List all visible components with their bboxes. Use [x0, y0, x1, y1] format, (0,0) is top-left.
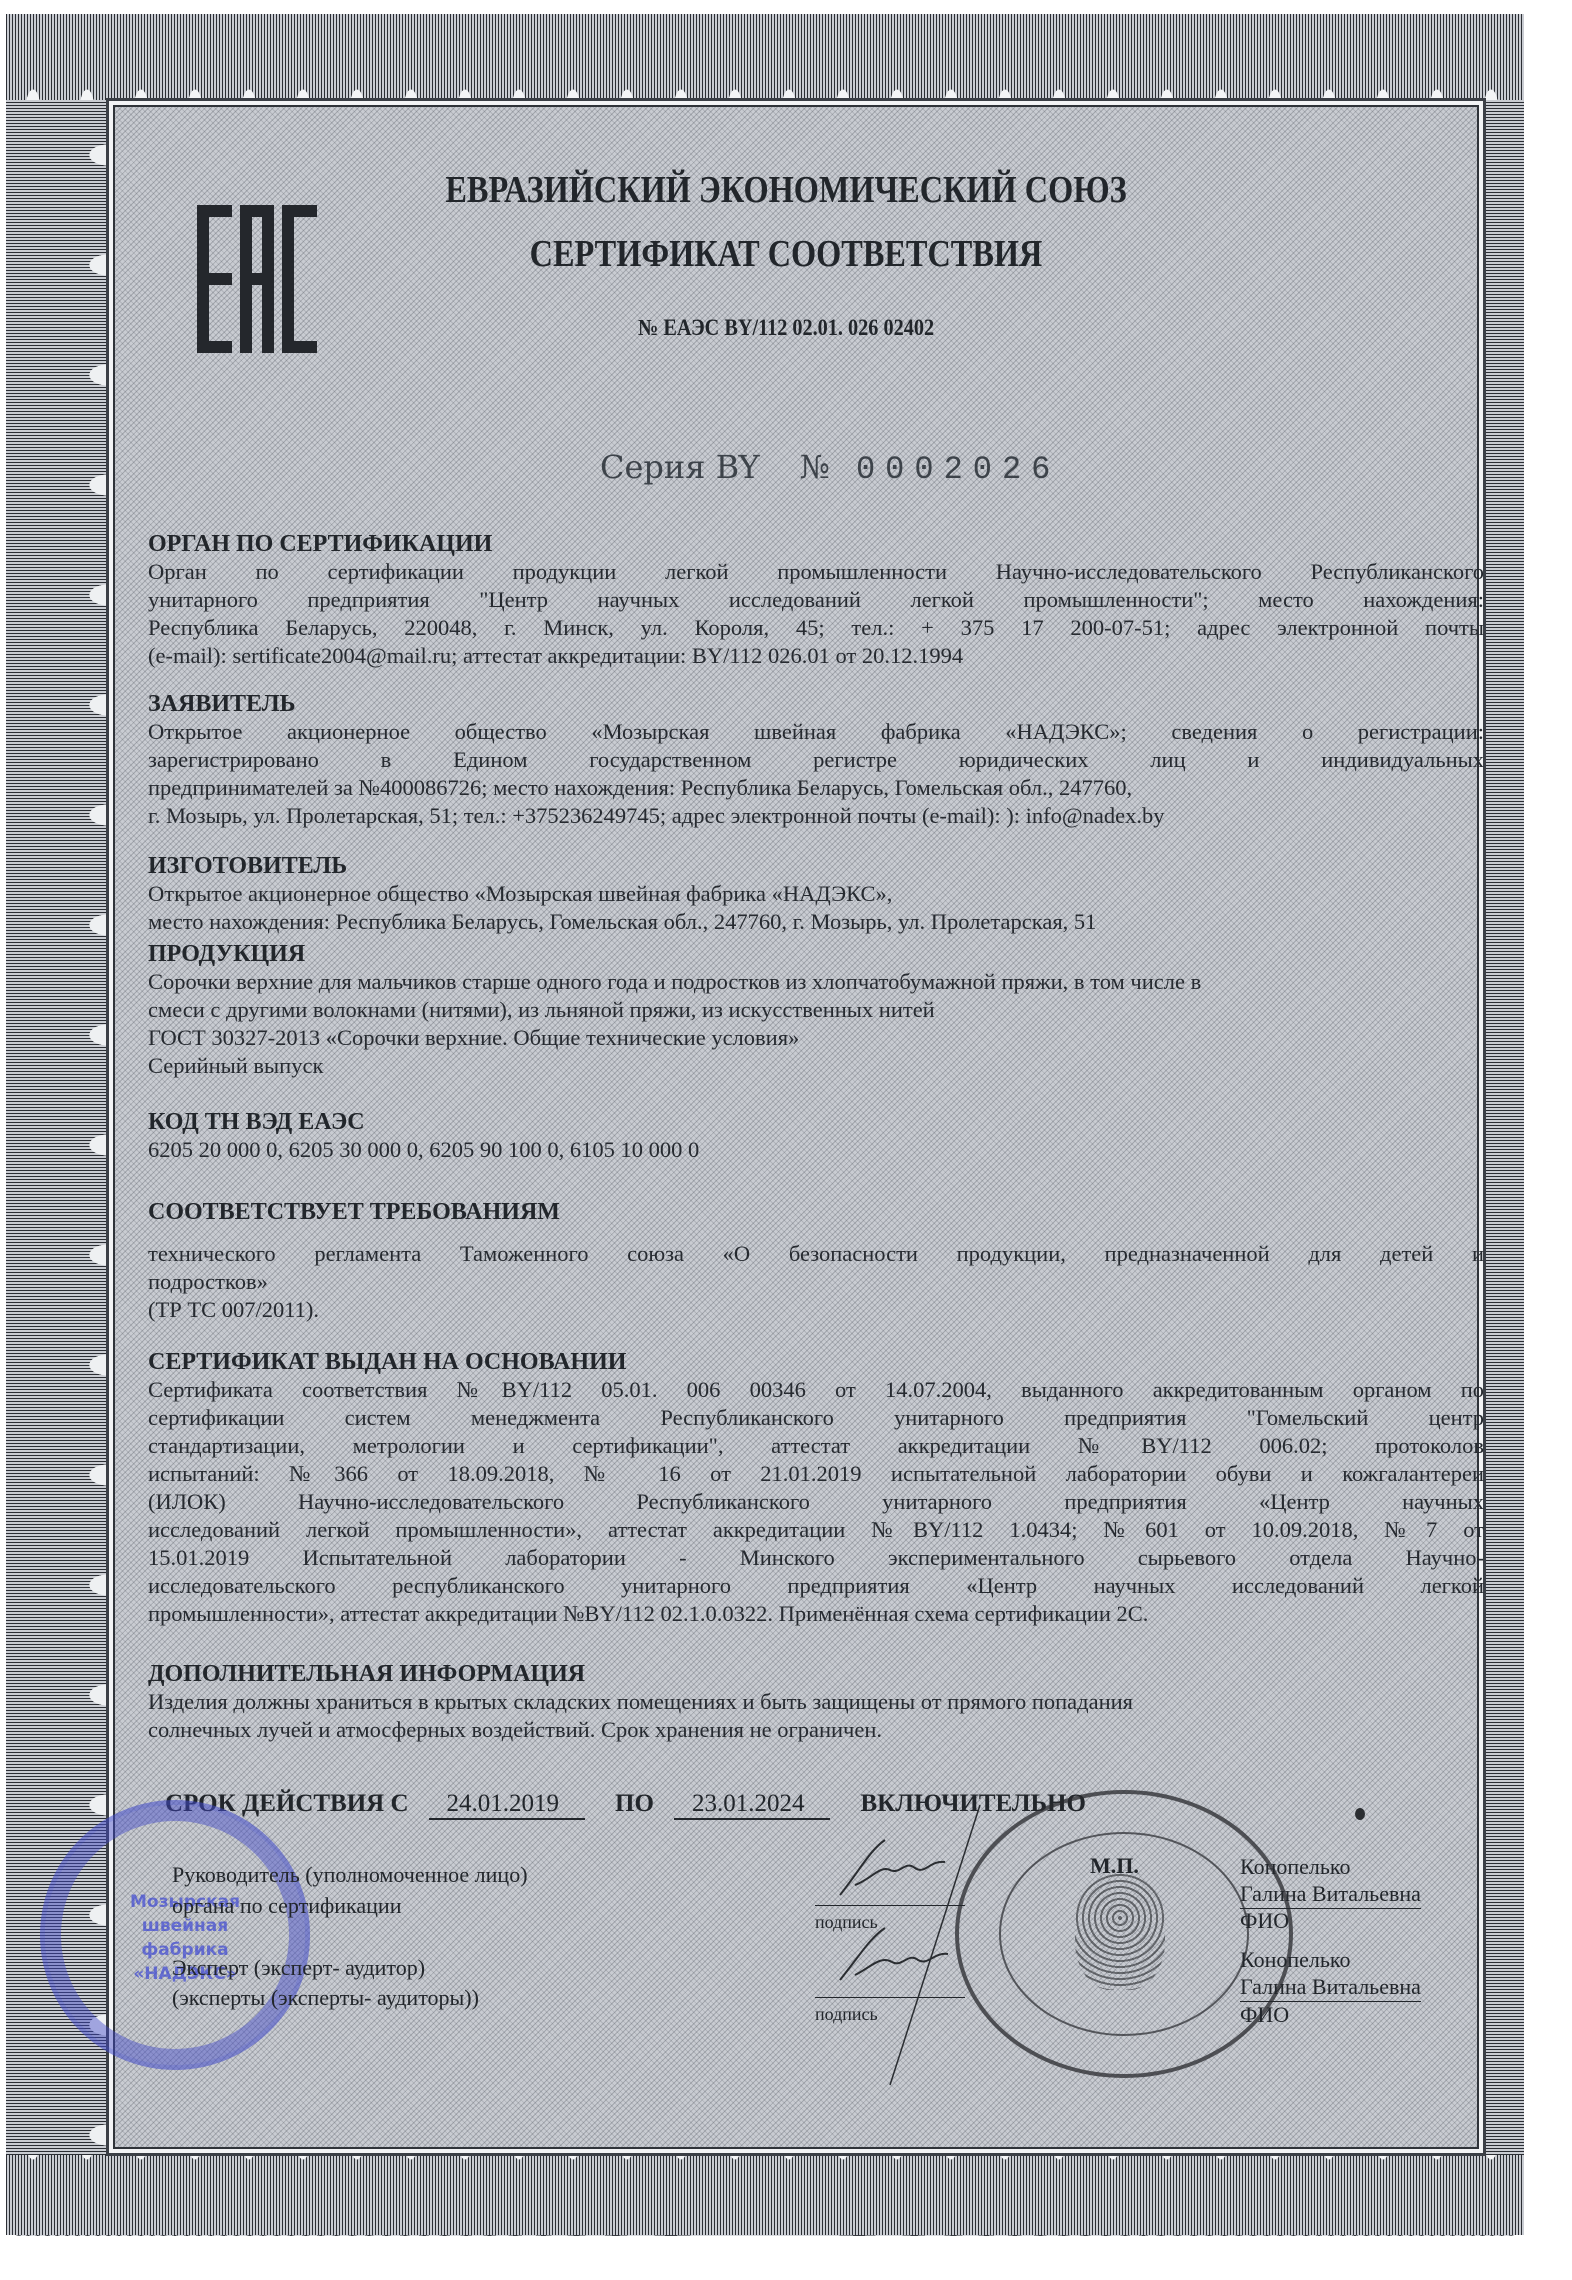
validity-to-date: 23.01.2024 [674, 1790, 831, 1820]
text-line: Орган по сертификации продукции легкой п… [148, 558, 1484, 586]
section-heading: ЗАЯВИТЕЛЬ [148, 690, 1484, 718]
text-line: г. Мозырь, ул. Пролетарская, 51; тел.: +… [148, 802, 1484, 830]
applicant-stamp: Мозырская швейная фабрика «НАДЭКС» [40, 1800, 310, 2070]
head-name-given: Галина Витальевна [1240, 1880, 1421, 1909]
text-line: (ТР ТС 007/2011). [148, 1296, 1484, 1324]
certificate-number: № ЕАЭС BY/112 02.01. 026 02402 [94, 315, 1477, 341]
text-line: Сертификата соответствия №BY/112 05.01. … [148, 1376, 1484, 1404]
section-requirements: СООТВЕТСТВУЕТ ТРЕБОВАНИЯМ технического р… [148, 1198, 1484, 1324]
union-title: ЕВРАЗИЙСКИЙ ЭКОНОМИЧЕСКИЙ СОЮЗ [118, 168, 1454, 212]
text-line: Открытое акционерное общество «Мозырская… [148, 880, 1484, 908]
text-line: Сорочки верхние для мальчиков старше одн… [148, 968, 1484, 996]
text-line: место нахождения: Республика Беларусь, Г… [148, 908, 1484, 936]
text-line: подростков» [148, 1268, 1484, 1296]
section-heading: ОРГАН ПО СЕРТИФИКАЦИИ [148, 530, 1484, 558]
text-line: технического регламента Таможенного союз… [148, 1240, 1484, 1268]
section-cert-body: ОРГАН ПО СЕРТИФИКАЦИИ Орган по сертифика… [148, 530, 1484, 670]
series-label: Серия BY [600, 448, 760, 486]
text-line: Открытое акционерное общество «Мозырская… [148, 718, 1484, 746]
text-line: ГОСТ 30327-2013 «Сорочки верхние. Общие … [148, 1024, 1484, 1052]
tn-ved-codes: 6205 20 000 0, 6205 30 000 0, 6205 90 10… [148, 1136, 1484, 1164]
text-line: зарегистрировано в Едином государственно… [148, 746, 1484, 774]
section-heading: ДОПОЛНИТЕЛЬНАЯ ИНФОРМАЦИЯ [148, 1660, 1484, 1688]
section-heading: ПРОДУКЦИЯ [148, 940, 1484, 968]
text-line: сертификации систем менеджмента Республи… [148, 1404, 1484, 1432]
expert-name-surname: Конопелько [1240, 1946, 1350, 1974]
border-scallop-top [6, 14, 1524, 109]
text-line: унитарного предприятия "Центр научных ис… [148, 586, 1484, 614]
signature-stroke [880, 1800, 1000, 2090]
seal-label: М.П. [1090, 1853, 1139, 1879]
validity-from-date: 24.01.2019 [429, 1790, 586, 1820]
text-line: стандартизации, метрологии и сертификаци… [148, 1432, 1484, 1460]
head-label-1: Руководитель (уполномоченное лицо) [172, 1862, 528, 1888]
expert-signature-caption: подпись [815, 2004, 878, 2025]
ink-dot [1355, 1808, 1365, 1820]
belarus-emblem-icon [1075, 1870, 1165, 1990]
section-heading: СЕРТИФИКАТ ВЫДАН НА ОСНОВАНИИ [148, 1348, 1484, 1376]
text-line: исследовательского республиканского унит… [148, 1572, 1484, 1600]
expert-label-1: Эксперт (эксперт- аудитор) [172, 1955, 425, 1981]
expert-name-given: Галина Витальевна [1240, 1973, 1421, 2002]
section-applicant: ЗАЯВИТЕЛЬ Открытое акционерное общество … [148, 690, 1484, 830]
series-line: Серия BY№0002026 [600, 448, 1060, 488]
text-line: исследований легкой промышленности», атт… [148, 1516, 1484, 1544]
text-line: предпринимателей за №400086726; место на… [148, 774, 1484, 802]
head-name-surname: Конопелько [1240, 1853, 1350, 1881]
section-tn-ved: КОД ТН ВЭД ЕАЭС 6205 20 000 0, 6205 30 0… [148, 1108, 1484, 1164]
section-product: ПРОДУКЦИЯ Сорочки верхние для мальчиков … [148, 940, 1484, 1080]
section-additional-info: ДОПОЛНИТЕЛЬНАЯ ИНФОРМАЦИЯ Изделия должны… [148, 1660, 1484, 1744]
validity-to-label: ПО [615, 1790, 654, 1817]
expert-fio-label: ФИО [1240, 2002, 1289, 2028]
text-line: (ИЛОК) Научно-исследовательского Республ… [148, 1488, 1484, 1516]
text-line: Изделия должны храниться в крытых складс… [148, 1688, 1484, 1716]
series-number-sign: № [800, 448, 830, 486]
section-heading: КОД ТН ВЭД ЕАЭС [148, 1108, 1484, 1136]
certificate-title: СЕРТИФИКАТ СООТВЕТСТВИЯ [118, 232, 1454, 276]
text-line: испытаний: №366 от 18.09.2018, № 16 от 2… [148, 1460, 1484, 1488]
text-line: промышленности», аттестат аккредитации №… [148, 1600, 1484, 1628]
text-line: Республика Беларусь, 220048, г. Минск, у… [148, 614, 1484, 642]
head-label-2: органа по сертификации [172, 1893, 401, 1919]
text-line: (e-mail): sertificate2004@mail.ru; аттес… [148, 642, 1484, 670]
border-scallop-right [1486, 100, 1524, 2155]
text-line: Серийный выпуск [148, 1052, 1484, 1080]
series-number: 0002026 [856, 451, 1060, 488]
expert-label-2: (эксперты (эксперты- аудиторы)) [172, 1985, 479, 2011]
text-line: смеси с другими волокнами (нитями), из л… [148, 996, 1484, 1024]
section-heading: ИЗГОТОВИТЕЛЬ [148, 852, 1484, 880]
text-line: 15.01.2019 Испытательной лаборатории - М… [148, 1544, 1484, 1572]
section-manufacturer: ИЗГОТОВИТЕЛЬ Открытое акционерное общест… [148, 852, 1484, 936]
head-fio-label: ФИО [1240, 1908, 1289, 1934]
section-basis: СЕРТИФИКАТ ВЫДАН НА ОСНОВАНИИ Сертификат… [148, 1348, 1484, 1628]
section-heading: СООТВЕТСТВУЕТ ТРЕБОВАНИЯМ [148, 1198, 1484, 1226]
text-line: солнечных лучей и атмосферных воздействи… [148, 1716, 1484, 1744]
